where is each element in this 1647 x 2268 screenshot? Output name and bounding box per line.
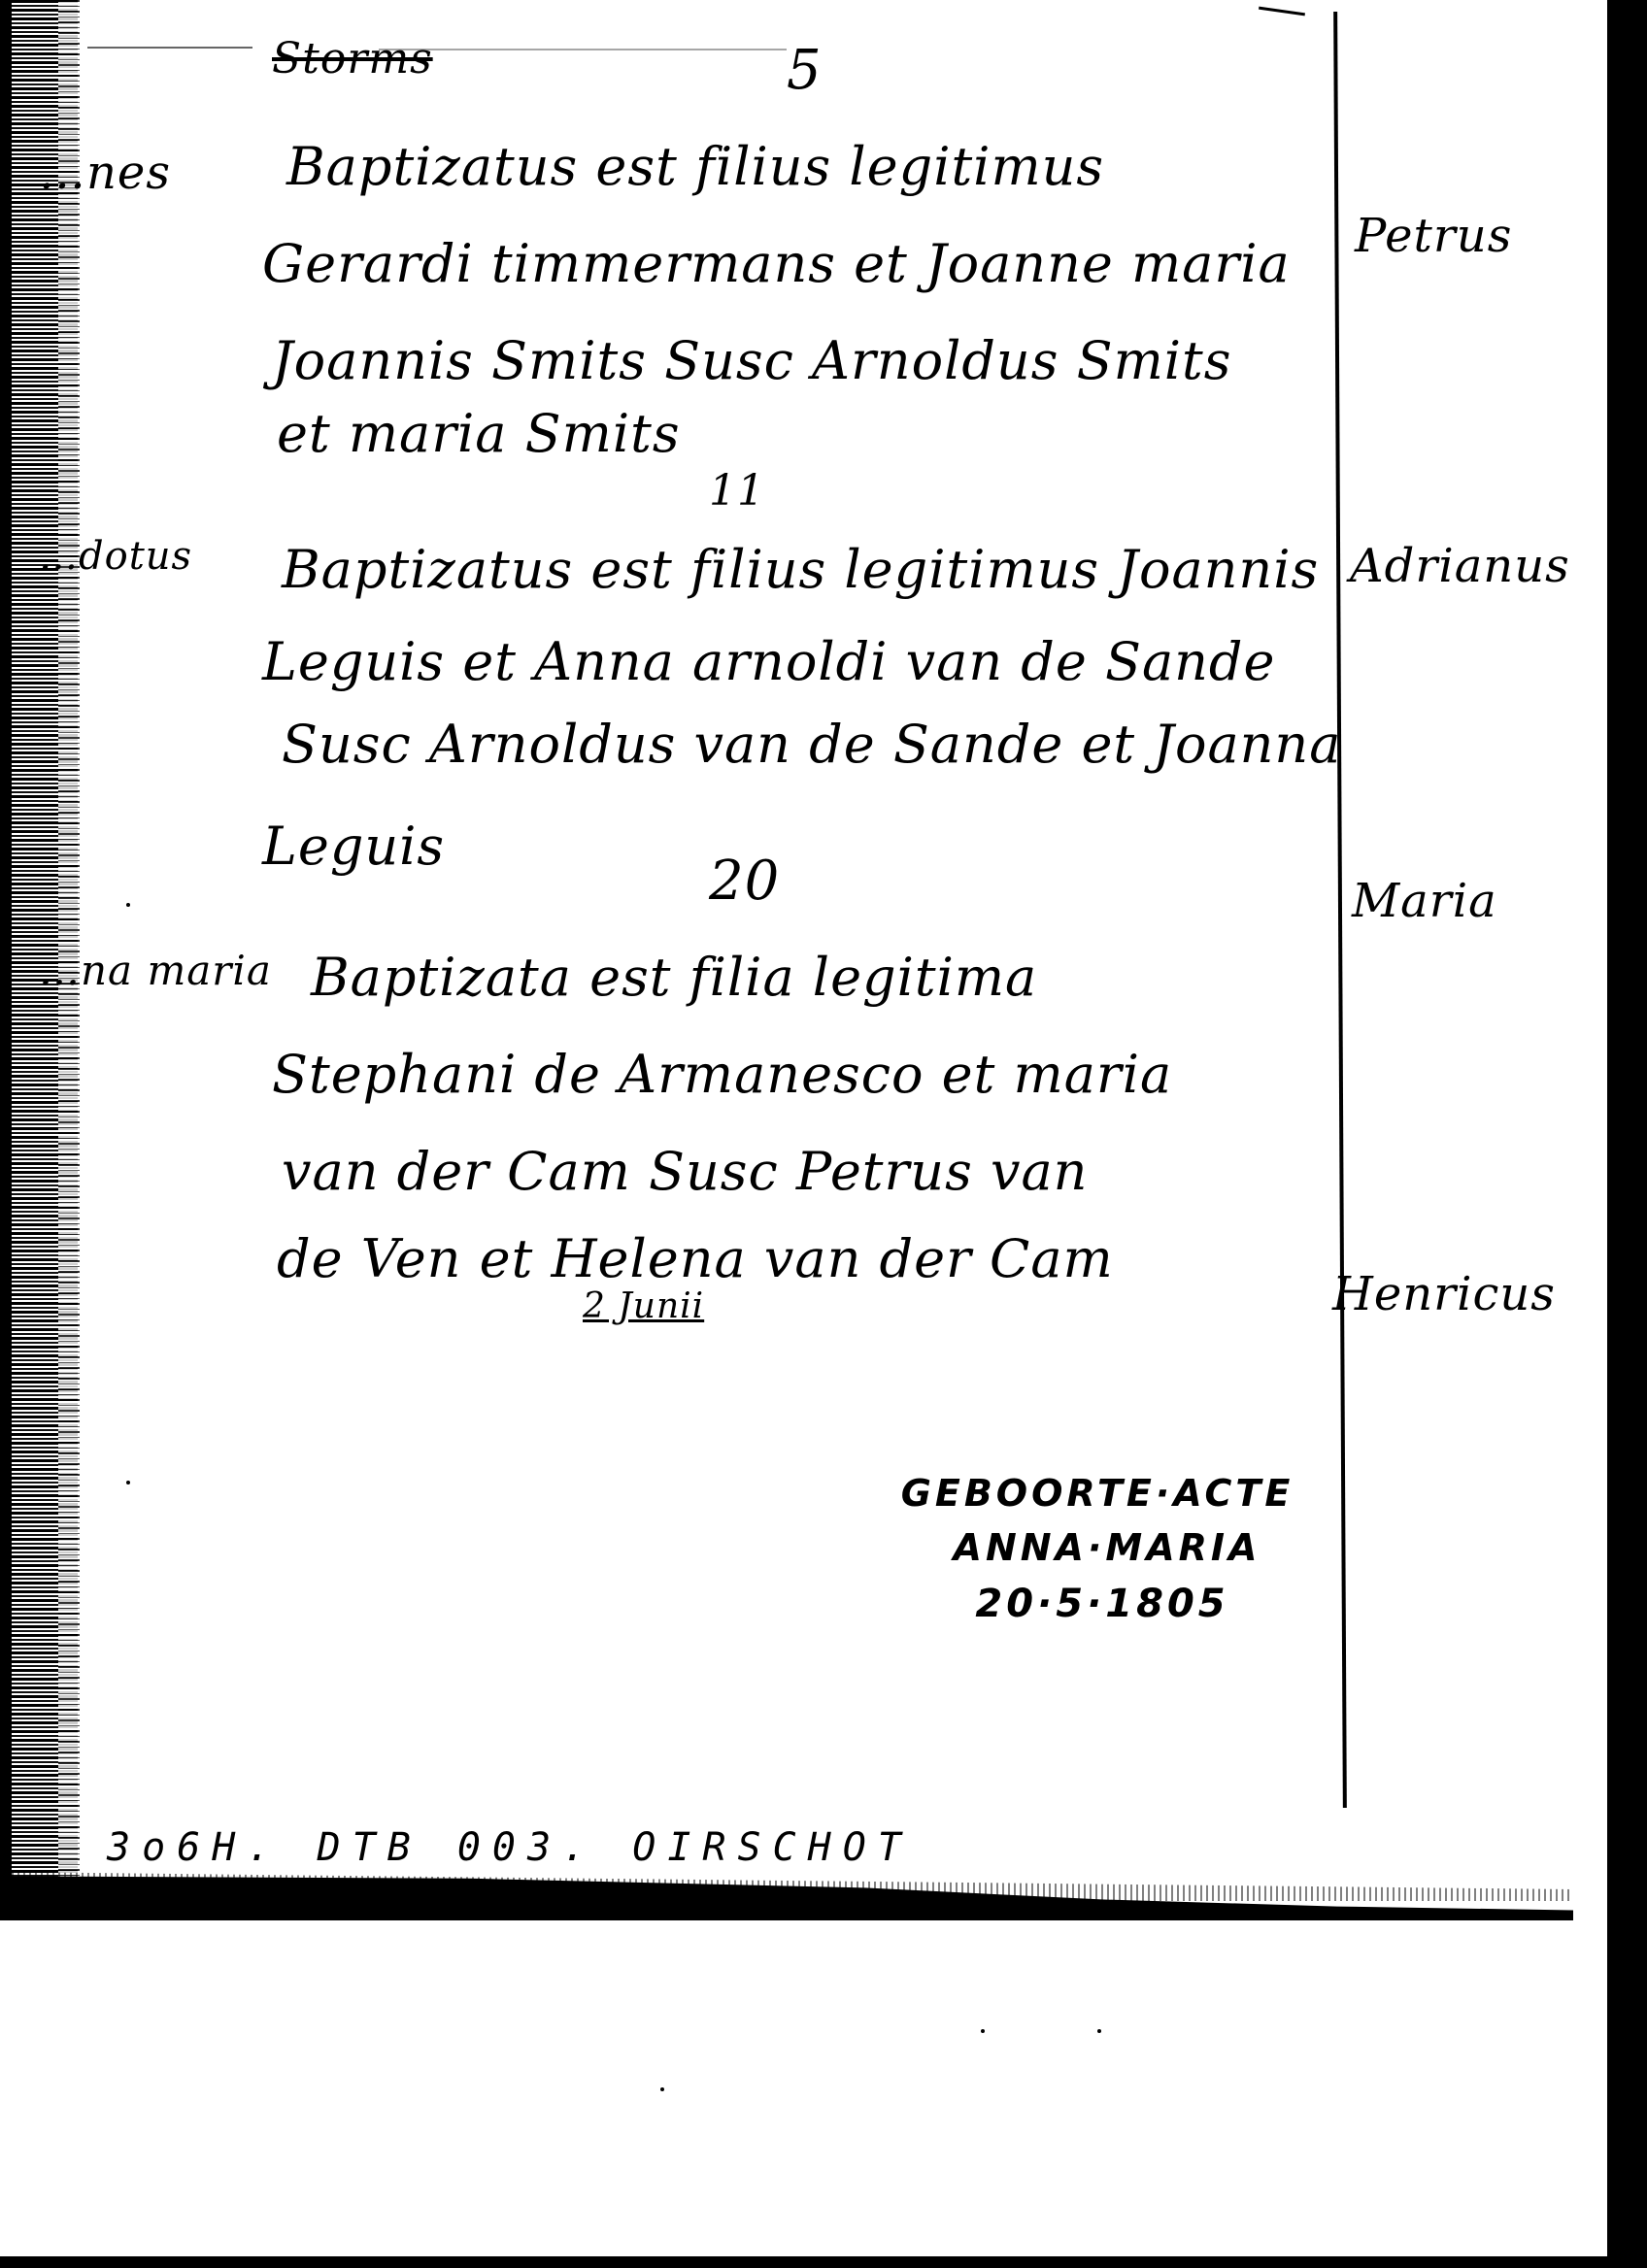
- entry-line: Leguis: [262, 816, 445, 877]
- scan-speck: [1097, 2029, 1101, 2033]
- entry-line: Gerardi timmermans et Joanne maria: [262, 233, 1291, 294]
- margin-ruling-line: [1333, 12, 1347, 1808]
- stamp-line-3: 20·5·1805: [893, 1575, 1301, 1633]
- left-margin-name: …dotus: [39, 534, 192, 579]
- next-date-heading: 2 Junii: [583, 1286, 704, 1326]
- right-margin-name: Henricus: [1332, 1267, 1556, 1321]
- left-margin-name: …na maria: [39, 947, 272, 994]
- entry-line: Susc Arnoldus van de Sande et Joanna: [282, 714, 1341, 775]
- birth-record-stamp: GEBOORTE·ACTE ANNA·MARIA 20·5·1805: [893, 1466, 1301, 1633]
- scan-speck: [660, 2087, 664, 2091]
- binding-edge: [0, 0, 12, 1903]
- header-fragment: Storms: [272, 34, 433, 83]
- right-margin-name: Petrus: [1355, 209, 1512, 263]
- archive-reference: 3o6H. DTB 003. OIRSCHOT: [107, 1825, 913, 1870]
- scan-speck: [126, 1481, 130, 1484]
- entry-line: Stephani de Armanesco et maria: [272, 1044, 1172, 1105]
- entry-day-number: 11: [709, 466, 765, 516]
- scan-border-right: [1607, 0, 1647, 2268]
- page-bottom-edge-noise: [0, 1872, 1573, 1901]
- stamp-line-1: GEBOORTE·ACTE: [893, 1466, 1301, 1520]
- entry-line: Baptizatus est filius legitimus: [286, 136, 1104, 197]
- top-fragment-stroke: [379, 49, 787, 50]
- entry-day-number: 20: [709, 850, 780, 913]
- right-margin-name: Adrianus: [1350, 539, 1570, 593]
- left-margin-name: …nes: [39, 146, 171, 200]
- scan-border-bottom: [0, 2256, 1607, 2268]
- top-fragment-stroke: [87, 47, 252, 49]
- scanned-document-page: Storms 5 …nes Baptizatus est filius legi…: [0, 0, 1647, 2268]
- top-fragment-stroke: [1259, 7, 1305, 17]
- entry-line: et maria Smits: [277, 403, 681, 464]
- right-margin-name: Maria: [1352, 874, 1497, 928]
- entry-day-number: 5: [787, 39, 823, 102]
- entry-line: Leguis et Anna arnoldi van de Sande: [262, 631, 1275, 692]
- stamp-line-2: ANNA·MARIA: [893, 1520, 1301, 1575]
- scan-speck: [981, 2029, 985, 2033]
- entry-line: Baptizata est filia legitima: [311, 947, 1037, 1008]
- scan-speck: [126, 903, 130, 907]
- entry-line: van der Cam Susc Petrus van: [282, 1141, 1088, 1202]
- entry-line: de Ven et Helena van der Cam: [277, 1228, 1114, 1289]
- entry-line: Joannis Smits Susc Arnoldus Smits: [272, 330, 1231, 391]
- entry-line: Baptizatus est filius legitimus Joannis: [282, 539, 1319, 600]
